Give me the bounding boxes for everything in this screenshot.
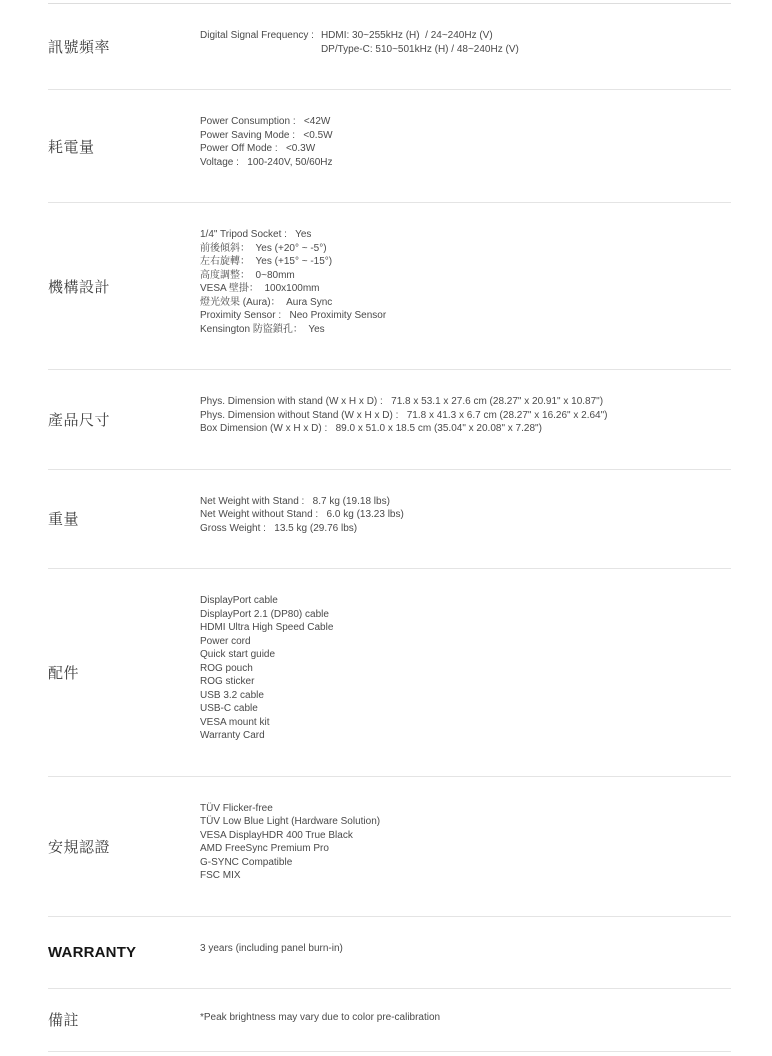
spec-line: 高度調整： 0~80mm (200, 269, 731, 283)
spec-line: HDMI Ultra High Speed Cable (200, 621, 731, 635)
spec-line: G-SYNC Compatible (200, 856, 731, 870)
spec-row-label: 重量 (48, 508, 200, 529)
spec-line: VESA DisplayHDR 400 True Black (200, 829, 731, 843)
spec-values: HDMI: 30~255kHz (H) / 24~240Hz (V)DP/Typ… (321, 29, 519, 56)
spec-key: Digital Signal Frequency : (200, 29, 314, 43)
spec-line: Power cord (200, 635, 731, 649)
spec-row-label: 耗電量 (48, 136, 200, 157)
spec-line: Voltage : 100-240V, 50/60Hz (200, 156, 731, 170)
spec-row-weight: 重量 Net Weight with Stand : 8.7 kg (19.18… (48, 470, 731, 570)
spec-row-content: Phys. Dimension with stand (W x H x D) :… (200, 370, 731, 469)
spec-line: Phys. Dimension with stand (W x H x D) :… (200, 395, 731, 409)
spec-line: USB-C cable (200, 702, 731, 716)
spec-row-content: 3 years (including panel burn-in) (200, 917, 731, 989)
spec-line: Quick start guide (200, 648, 731, 662)
spec-row-content: DisplayPort cableDisplayPort 2.1 (DP80) … (200, 569, 731, 776)
spec-line: Net Weight without Stand : 6.0 kg (13.23… (200, 508, 731, 522)
spec-row-power-consumption: 耗電量 Power Consumption : <42WPower Saving… (48, 90, 731, 203)
spec-row-signal-frequency: 訊號頻率 Digital Signal Frequency :HDMI: 30~… (48, 4, 731, 90)
spec-row-mechanical-design: 機構設計 1/4" Tripod Socket : Yes前後傾斜： Yes (… (48, 203, 731, 370)
spec-row-content: Net Weight with Stand : 8.7 kg (19.18 lb… (200, 470, 731, 569)
spec-row-label: 機構設計 (48, 276, 200, 297)
spec-row-label: 配件 (48, 662, 200, 683)
spec-line: TÜV Flicker-free (200, 802, 731, 816)
spec-page: 訊號頻率 Digital Signal Frequency :HDMI: 30~… (0, 0, 772, 1056)
spec-line: Kensington 防盜鎖孔： Yes (200, 323, 731, 337)
spec-line: Power Off Mode : <0.3W (200, 142, 731, 156)
spec-line: VESA 壁掛： 100x100mm (200, 282, 731, 296)
spec-row-label: 訊號頻率 (48, 36, 200, 57)
spec-line: Proximity Sensor : Neo Proximity Sensor (200, 309, 731, 323)
spec-line: Warranty Card (200, 729, 731, 743)
spec-line: Phys. Dimension without Stand (W x H x D… (200, 409, 731, 423)
spec-line: Power Saving Mode : <0.5W (200, 129, 731, 143)
spec-line: AMD FreeSync Premium Pro (200, 842, 731, 856)
spec-row-label: WARRANTY (48, 944, 200, 961)
spec-line: Box Dimension (W x H x D) : 89.0 x 51.0 … (200, 422, 731, 436)
spec-line: TÜV Low Blue Light (Hardware Solution) (200, 815, 731, 829)
spec-row-accessories: 配件 DisplayPort cableDisplayPort 2.1 (DP8… (48, 569, 731, 777)
spec-table: 訊號頻率 Digital Signal Frequency :HDMI: 30~… (48, 3, 731, 1052)
spec-row-content: Power Consumption : <42WPower Saving Mod… (200, 90, 731, 202)
spec-row-certifications: 安規認證 TÜV Flicker-freeTÜV Low Blue Light … (48, 777, 731, 917)
spec-row-content: 1/4" Tripod Socket : Yes前後傾斜： Yes (+20° … (200, 203, 731, 369)
spec-line: Power Consumption : <42W (200, 115, 731, 129)
spec-line: 1/4" Tripod Socket : Yes (200, 228, 731, 242)
spec-row-content: TÜV Flicker-freeTÜV Low Blue Light (Hard… (200, 777, 731, 916)
spec-line: *Peak brightness may vary due to color p… (200, 1011, 731, 1025)
spec-line: DisplayPort cable (200, 594, 731, 608)
spec-line: DisplayPort 2.1 (DP80) cable (200, 608, 731, 622)
spec-line: 左右旋轉： Yes (+15° ~ -15°) (200, 255, 731, 269)
spec-row-label: 安規認證 (48, 836, 200, 857)
spec-row-label: 備註 (48, 1009, 200, 1030)
spec-row-warranty: WARRANTY 3 years (including panel burn-i… (48, 917, 731, 990)
spec-row-content: Digital Signal Frequency :HDMI: 30~255kH… (200, 4, 731, 89)
spec-row-content: *Peak brightness may vary due to color p… (200, 989, 731, 1051)
spec-line: FSC MIX (200, 869, 731, 883)
spec-line: USB 3.2 cable (200, 689, 731, 703)
spec-line: Gross Weight : 13.5 kg (29.76 lbs) (200, 522, 731, 536)
spec-key-value: Digital Signal Frequency :HDMI: 30~255kH… (200, 29, 731, 56)
spec-line: VESA mount kit (200, 716, 731, 730)
spec-value-line: HDMI: 30~255kHz (H) / 24~240Hz (V) (321, 29, 519, 43)
spec-line: Net Weight with Stand : 8.7 kg (19.18 lb… (200, 495, 731, 509)
spec-line: 燈光效果 (Aura)： Aura Sync (200, 296, 731, 310)
spec-row-label: 產品尺寸 (48, 409, 200, 430)
spec-row-notes: 備註 *Peak brightness may vary due to colo… (48, 989, 731, 1052)
spec-line: ROG sticker (200, 675, 731, 689)
spec-value-line: DP/Type-C: 510~501kHz (H) / 48~240Hz (V) (321, 43, 519, 57)
spec-line: 前後傾斜： Yes (+20° ~ -5°) (200, 242, 731, 256)
spec-line: ROG pouch (200, 662, 731, 676)
spec-row-product-dimensions: 產品尺寸 Phys. Dimension with stand (W x H x… (48, 370, 731, 470)
spec-line: 3 years (including panel burn-in) (200, 942, 731, 956)
